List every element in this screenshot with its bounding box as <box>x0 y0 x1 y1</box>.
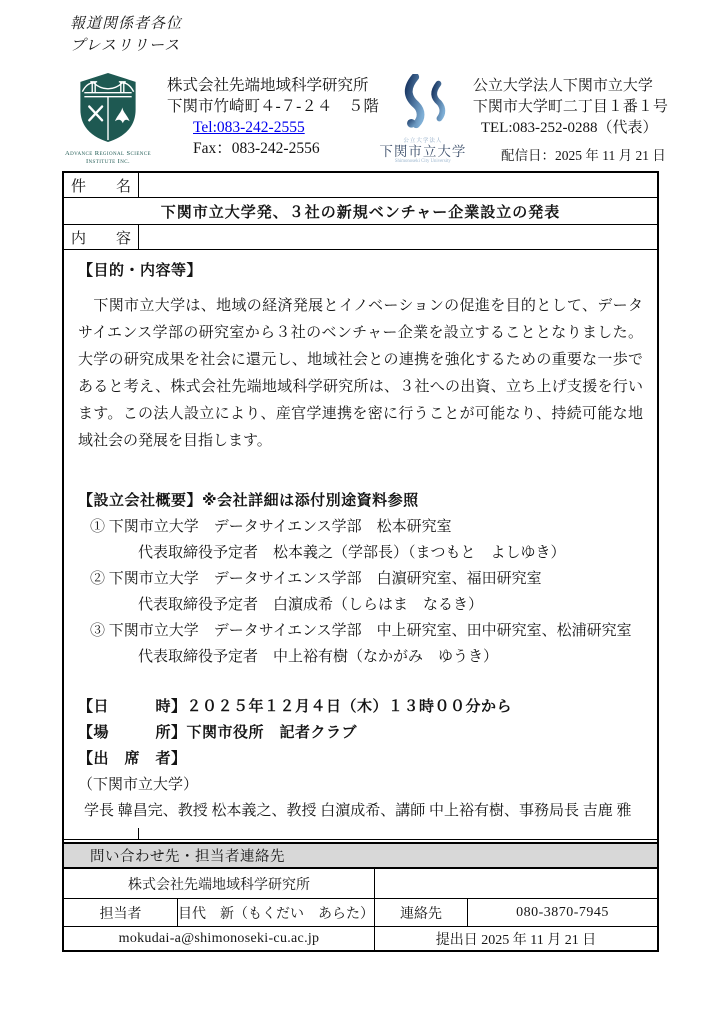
press-release-form: 件 名 下関市立大学発、３社の新規ベンチャー企業設立の発表 内 容 【目的・内容… <box>62 171 659 952</box>
university-name: 公立大学法人下関市立大学 <box>473 76 668 97</box>
datetime-line: 【日 時】２０２５年１２月４日（木）１３時００分から <box>78 694 643 720</box>
overview-heading: 【設立会社概要】※会社詳細は添付別途資料参照 <box>78 488 643 514</box>
company-entry-3-lab: ③ 下関市立大学 データサイエンス学部 中上研究室、田中研究室、松浦研究室 <box>78 618 643 644</box>
notice-block: 報道関係者各位 プレスリリース <box>70 13 182 57</box>
contact-person-label-cell: 担当者 <box>64 899 178 927</box>
contact-submit-date-cell: 提出日 2025 年 11 月 21 日 <box>375 927 657 950</box>
contact-email-cell: mokudai-a@shimonoseki-cu.ac.jp <box>64 927 375 950</box>
company-entry-1-lab: ① 下関市立大学 データサイエンス学部 松本研究室 <box>78 514 643 540</box>
spacer-row <box>64 828 657 840</box>
company-tel-link[interactable]: Tel:083-242-2555 <box>193 117 305 138</box>
content-label-row: 内 容 <box>64 225 657 250</box>
company-logo-caption-line1: Advance Regional Science <box>62 150 154 158</box>
contact-table: 株式会社先端地域科学研究所 担当者 目代 新（もくだい あらた） 連絡先 080… <box>64 869 657 950</box>
university-swoosh-icon <box>392 119 454 136</box>
content-body: 【目的・内容等】 下関市立大学は、地域の経済発展とイノベーションの促進を目的とし… <box>64 250 657 828</box>
organization-header: Advance Regional Science Institute Inc. … <box>62 72 659 165</box>
attendees-university-label: （下関市立大学） <box>78 772 643 798</box>
university-logo: 公立大学法人 下関市立大学 Shimonoseki City Universit… <box>379 72 467 165</box>
company-logo: Advance Regional Science Institute Inc. <box>62 72 154 165</box>
university-address: 下関市大学町二丁目１番１号 <box>473 97 668 118</box>
contact-header-bar: 問い合わせ先・担当者連絡先 <box>64 842 657 869</box>
company-name: 株式会社先端地域科学研究所 <box>167 75 379 96</box>
company-entry-3-ceo: 代表取締役予定者 中上裕有樹（なかがみ ゆうき） <box>78 644 643 670</box>
university-logo-label: 下関市立大学 <box>379 144 467 159</box>
company-entry-1-ceo: 代表取締役予定者 松本義之（学部長）（まつもと よしゆき） <box>78 540 643 566</box>
spacer-stub-cell <box>64 828 139 839</box>
place-line: 【場 所】下関市役所 記者クラブ <box>78 720 643 746</box>
attendees-heading: 【出 席 者】 <box>78 746 643 772</box>
delivery-date: 配信日：2025 年 11 月 21 日 <box>501 144 666 164</box>
university-block: 公立大学法人 下関市立大学 Shimonoseki City Universit… <box>379 72 668 165</box>
doc-type-line: プレスリリース <box>70 35 182 57</box>
shield-bridge-whale-icon <box>78 130 138 147</box>
recipient-line: 報道関係者各位 <box>70 13 182 35</box>
subject-label-cell: 件 名 <box>64 173 139 197</box>
contact-company-cell: 株式会社先端地域科学研究所 <box>64 869 375 899</box>
contact-person-cell: 目代 新（もくだい あらた） <box>178 899 375 927</box>
company-entry-2: ② 下関市立大学 データサイエンス学部 白濵研究室、福田研究室 代表取締役予定者… <box>78 566 643 618</box>
company-fax: Fax：083-242-2556 <box>193 138 379 159</box>
purpose-paragraph: 下関市立大学は、地域の経済発展とイノベーションの促進を目的として、データサイエン… <box>78 293 643 455</box>
subject-label-row: 件 名 <box>64 173 657 198</box>
company-entry-3: ③ 下関市立大学 データサイエンス学部 中上研究室、田中研究室、松浦研究室 代表… <box>78 618 643 670</box>
company-entry-2-ceo: 代表取締役予定者 白濵成希（しらはま なるき） <box>78 592 643 618</box>
attendees-university-list: 学長 韓昌完、教授 松本義之、教授 白濵成希、講師 中上裕有樹、事務局長 吉鹿 … <box>78 798 643 828</box>
university-tel: TEL:083-252-0288（代表） <box>481 118 668 139</box>
contact-phone-cell: 080-3870-7945 <box>468 899 657 927</box>
company-entry-1: ① 下関市立大学 データサイエンス学部 松本研究室 代表取締役予定者 松本義之（… <box>78 514 643 566</box>
company-entry-2-lab: ② 下関市立大学 データサイエンス学部 白濵研究室、福田研究室 <box>78 566 643 592</box>
contact-empty-cell <box>375 869 657 899</box>
purpose-heading: 【目的・内容等】 <box>78 258 643 284</box>
content-label-cell: 内 容 <box>64 225 139 249</box>
company-address: 下関市竹崎町４-７-２４ ５階 <box>167 96 379 117</box>
press-release-page: 報道関係者各位 プレスリリース <box>0 0 721 1024</box>
issuer-company-block: Advance Regional Science Institute Inc. … <box>62 72 379 165</box>
contact-phone-label-cell: 連絡先 <box>375 899 468 927</box>
company-logo-caption-line2: Institute Inc. <box>62 158 154 166</box>
university-logo-label-en: Shimonoseki City University <box>379 159 467 165</box>
subject-title: 下関市立大学発、３社の新規ベンチャー企業設立の発表 <box>64 198 657 225</box>
